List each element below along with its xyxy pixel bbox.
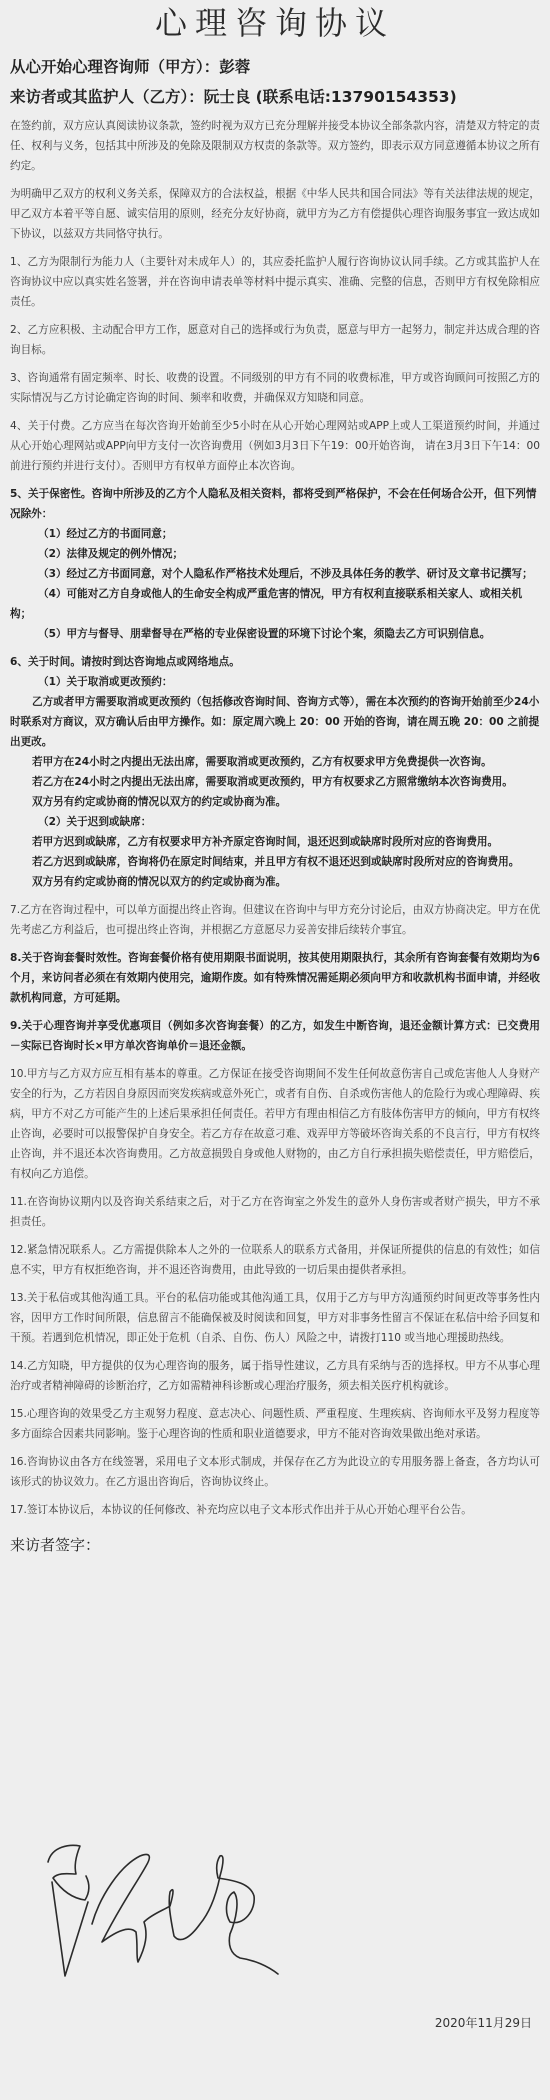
- clause-6-sub1-text: 乙方或者甲方需要取消或更改预约（包括修改咨询时间、咨询方式等），需在本次预约的咨…: [10, 692, 540, 752]
- clause-5-item: （3）经过乙方书面同意，对个人隐私作严格技术处理后，不涉及具体任务的教学、研讨及…: [10, 564, 540, 584]
- clause-13: 13.关于私信或其他沟通工具。平台的私信功能或其他沟通工具，仅用于乙方与甲方沟通…: [10, 1288, 540, 1348]
- signature-label: 来访者签字：: [10, 1534, 540, 1556]
- signing-date: 2020年11月29日: [435, 2014, 532, 2031]
- clause-6-sub2-title: （2）关于迟到或缺席：: [10, 812, 540, 832]
- clause-5-item: （5）甲方与督导、朋辈督导在严格的专业保密设置的环境下讨论个案，须隐去乙方可识别…: [10, 624, 540, 644]
- clause-16: 16.咨询协议由各方在线签署，采用电子文本形式制成，并保存在乙方为此设立的专用服…: [10, 1452, 540, 1492]
- clause-12: 12.紧急情况联系人。乙方需提供除本人之外的一位联系人的联系方式备用，并保证所提…: [10, 1240, 540, 1280]
- clause-1: 1、乙方为限制行为能力人（主要针对未成年人）的，其应委托监护人履行咨询协议认同手…: [10, 252, 540, 312]
- clause-14: 14.乙方知晓，甲方提供的仅为心理咨询的服务，属于指导性建议，乙方具有采纳与否的…: [10, 1356, 540, 1396]
- clause-10: 10.甲方与乙方双方应互相有基本的尊重。乙方保证在接受咨询期间不发生任何故意伤害…: [10, 1064, 540, 1184]
- clause-2: 2、乙方应积极、主动配合甲方工作，愿意对自己的选择或行为负责，愿意与甲方一起努力…: [10, 320, 540, 360]
- clause-6: 6、关于时间。请按时到达咨询地点或网络地点。 （1）关于取消或更改预约： 乙方或…: [10, 652, 540, 892]
- clause-7: 7.乙方在咨询过程中，可以单方面提出终止咨询。但建议在咨询中与甲方充分讨论后，由…: [10, 900, 540, 940]
- clause-15: 15.心理咨询的效果受乙方主观努力程度、意志决心、问题性质、严重程度、生理疾病、…: [10, 1404, 540, 1444]
- clause-5-item: （4）可能对乙方自身或他人的生命安全构成严重危害的情况，甲方有权利直接联系相关家…: [10, 584, 540, 624]
- clause-3: 3、咨询通常有固定频率、时长、收费的设置。不同级别的甲方有不同的收费标准，甲方或…: [10, 368, 540, 408]
- clause-6-sub1-text: 双方另有约定或协商的情况以双方的约定或协商为准。: [10, 792, 540, 812]
- clause-4: 4、关于付费。乙方应当在每次咨询开始前至少5小时在从心开始心理网站或APP上或人…: [10, 416, 540, 476]
- clause-6-sub2-text: 若乙方迟到或缺席，咨询将仍在原定时间结束，并且甲方有权不退还迟到或缺席时段所对应…: [10, 852, 540, 872]
- preamble-paragraph: 为明确甲乙双方的权利义务关系，保障双方的合法权益，根据《中华人民共和国合同法》等…: [10, 184, 540, 244]
- clause-9: 9.关于心理咨询并享受优惠项目（例如多次咨询套餐）的乙方，如发生中断咨询，退还金…: [10, 1016, 540, 1056]
- party-b-line: 来访者或其监护人（乙方）：阮士良 (联系电话:13790154353): [10, 86, 540, 108]
- clause-11: 11.在咨询协议期内以及咨询关系结束之后，对于乙方在咨询室之外发生的意外人身伤害…: [10, 1192, 540, 1232]
- clause-5-item: （2）法律及规定的例外情况；: [10, 544, 540, 564]
- clause-5-heading: 5、关于保密性。咨询中所涉及的乙方个人隐私及相关资料，都将受到严格保护，不会在任…: [10, 484, 540, 524]
- clause-5: 5、关于保密性。咨询中所涉及的乙方个人隐私及相关资料，都将受到严格保护，不会在任…: [10, 484, 540, 644]
- handwritten-signature: [40, 1826, 300, 1986]
- document-title: 心理咨询协议: [10, 0, 540, 48]
- intro-paragraph: 在签约前，双方应认真阅读协议条款，签约时视为双方已充分理解并接受本协议全部条款内…: [10, 116, 540, 176]
- party-a-line: 从心开始心理咨询师（甲方）：彭蓉: [10, 56, 540, 78]
- clause-8: 8.关于咨询套餐时效性。咨询套餐价格有使用期限书面说明，按其使用期限执行，其余所…: [10, 948, 540, 1008]
- clause-5-item: （1）经过乙方的书面同意；: [10, 524, 540, 544]
- clause-6-sub1-text: 若乙方在24小时之内提出无法出席，需要取消或更改预约，甲方有权要求乙方照常缴纳本…: [10, 772, 540, 792]
- clause-6-heading: 6、关于时间。请按时到达咨询地点或网络地点。: [10, 652, 540, 672]
- clause-6-sub2-text: 双方另有约定或协商的情况以双方的约定或协商为准。: [10, 872, 540, 892]
- clause-6-sub1-text: 若甲方在24小时之内提出无法出席，需要取消或更改预约，乙方有权要求甲方免费提供一…: [10, 752, 540, 772]
- agreement-document: 心理咨询协议 从心开始心理咨询师（甲方）：彭蓉 来访者或其监护人（乙方）：阮士良…: [0, 0, 550, 1556]
- clause-17: 17.签订本协议后，本协议的任何修改、补充均应以电子文本形式作出并于从心开始心理…: [10, 1500, 540, 1520]
- clause-6-sub2-text: 若甲方迟到或缺席，乙方有权要求甲方补齐原定咨询时间，退还迟到或缺席时段所对应的咨…: [10, 832, 540, 852]
- clause-6-sub1-title: （1）关于取消或更改预约：: [10, 672, 540, 692]
